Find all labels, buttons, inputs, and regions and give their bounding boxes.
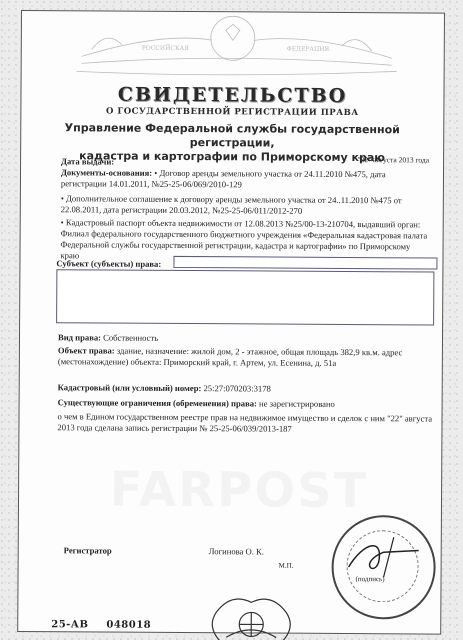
serial-series: 25-АВ xyxy=(51,619,88,630)
svg-text:ФЕДЕРАЦИЯ: ФЕДЕРАЦИЯ xyxy=(287,46,330,53)
issue-date-value: "22" августа 2013 года xyxy=(358,154,430,165)
certificate-serial-number: 25-АВ 048018 xyxy=(51,619,165,631)
serial-number: 048018 xyxy=(106,620,151,631)
basis-documents: Документы-основания: • Договор аренды зе… xyxy=(61,167,431,191)
right-type: Вид права: Собственность xyxy=(58,332,158,344)
object-of-right: Объект права: здание, назначение: жилой … xyxy=(58,345,434,369)
certificate-sheet: РОССИЙСКАЯ ФЕДЕРАЦИЯ СВИДЕТЕЛЬСТВО О ГОС… xyxy=(17,10,445,635)
basis-document-item: • Дополнительное соглашение к договору а… xyxy=(61,193,431,217)
registrar-name: Логинова О. К. xyxy=(209,546,264,557)
subject-label: Субъект (субъекты) права: xyxy=(56,258,161,270)
basis-documents-label: Документы-основания: xyxy=(61,167,152,178)
svg-text:РОССИЙСКАЯ: РОССИЙСКАЯ xyxy=(142,44,189,52)
subject-name-redacted xyxy=(173,256,437,270)
signature-icon xyxy=(344,532,424,582)
issue-date-label: Дата выдачи: xyxy=(61,156,114,167)
registrar-label: Регистратор xyxy=(64,545,112,556)
subject-details-redacted xyxy=(56,269,434,325)
ornament-emblem-icon xyxy=(196,592,306,640)
watermark: FARPOST xyxy=(59,461,419,519)
registry-record: о чем в Едином государственном реестре п… xyxy=(57,411,433,435)
official-stamp-icon: (подпись) xyxy=(331,515,436,620)
coat-of-arms-banner-icon: РОССИЙСКАЯ ФЕДЕРАЦИЯ xyxy=(22,11,444,84)
certificate-subtitle: О ГОСУДАРСТВЕННОЙ РЕГИСТРАЦИИ ПРАВА xyxy=(21,106,443,119)
cadastral-number: Кадастровый (или условный) номер: 25:27:… xyxy=(58,382,271,394)
seal-place-label: М.П. xyxy=(279,561,294,572)
restrictions: Существующие ограничения (обременения) п… xyxy=(58,397,335,410)
certificate-title: СВИДЕТЕЛЬСТВО xyxy=(21,83,443,108)
